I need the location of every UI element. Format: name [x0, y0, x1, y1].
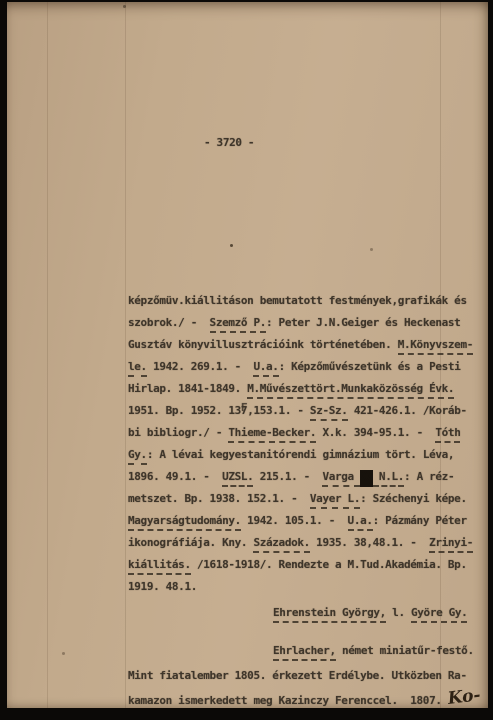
- overtyped-char: 7F: [241, 404, 247, 418]
- text-segment: Vayer L.: [310, 492, 360, 509]
- text-line: ikonográfiája. Kny. Századok. 1935. 38,4…: [128, 536, 473, 553]
- text-segment: 421-426.1. /Koráb-: [348, 404, 467, 418]
- text-segment: X.k. 394-95.1. -: [316, 426, 435, 440]
- text-line: Magyarságtudomány. 1942. 105.1. - U.a.: …: [128, 514, 467, 531]
- text-segment: Századok.: [253, 536, 309, 553]
- text-line: kiállitás. /1618-1918/. Rendezte a M.Tud…: [128, 558, 467, 575]
- cross-reference-entry: Ehrenstein György, l. Györe Gy.: [273, 606, 467, 623]
- text-segment: M.Könyvszem-: [398, 338, 473, 355]
- text-segment: /1618-1918/. Rendezte a M.Tud.Akadémia. …: [191, 558, 467, 572]
- text-line: Hirlap. 1841-1849. M.Művészettört.Munkak…: [128, 382, 454, 399]
- text-segment: Zrinyi-: [429, 536, 473, 553]
- text-segment: Sz-Sz.: [310, 404, 348, 421]
- text-line: Gy.: A lévai kegyestanitórendi gimnázium…: [128, 448, 454, 465]
- text-segment: l.: [386, 606, 411, 620]
- text-segment: Varga: [322, 470, 360, 487]
- text-segment: Magyarságtudomány.: [128, 514, 241, 531]
- text-segment: metszet. Bp. 1938. 152.1. -: [128, 492, 310, 506]
- entry-heading: Ehrlacher, német miniatűr-festő.: [273, 644, 474, 661]
- text-segment: 1896. 49.1. -: [128, 470, 222, 484]
- text-segment: 1919. 48.1.: [128, 580, 197, 594]
- text-segment: le.: [128, 360, 147, 377]
- text-segment: : Peter J.N.Geiger és Heckenast: [266, 316, 460, 330]
- text-segment: ,153.1. -: [247, 404, 310, 418]
- text-line: Mint fiatalember 1805. érkezett Erdélybe…: [128, 669, 467, 683]
- text-line: 1896. 49.1. - UZSL. 215.1. - Varga XX N.…: [128, 470, 454, 487]
- text-segment: M.Művészettört.Munkaközösség Évk.: [247, 382, 454, 399]
- text-segment: 1942. 269.1. -: [147, 360, 254, 374]
- text-segment: német miniatűr-festő.: [336, 644, 474, 658]
- text-segment: Tóth: [435, 426, 460, 443]
- text-line: bi bibliogr./ - Thieme-Becker. X.k. 394-…: [128, 426, 460, 443]
- text-segment: : Képzőművészetünk és a Pesti: [279, 360, 461, 374]
- text-segment: : A lévai kegyestanitórendi gimnázium tö…: [147, 448, 454, 462]
- text-line: képzőmüv.kiállitáson bemutatott festmény…: [128, 294, 467, 308]
- text-segment: Szemző P.: [210, 316, 266, 333]
- text-segment: Györe Gy.: [411, 606, 467, 623]
- text-segment: : Széchenyi képe.: [360, 492, 467, 506]
- text-segment: Thieme-Becker.: [228, 426, 316, 443]
- text-line: 1951. Bp. 1952. 137F,153.1. - Sz-Sz. 421…: [128, 404, 467, 421]
- text-layer: - 3720 -képzőmüv.kiállitáson bemutatott …: [0, 0, 493, 720]
- text-segment: U.a.: [348, 514, 373, 531]
- text-segment: bi bibliogr./ -: [128, 426, 228, 440]
- text-line: kamazon ismerkedett meg Kazinczy Ferencc…: [128, 692, 481, 708]
- text-segment: Ehrlacher,: [273, 644, 336, 661]
- text-segment: Hirlap. 1841-1849.: [128, 382, 247, 396]
- text-segment: 1951. Bp. 1952. 13: [128, 404, 241, 418]
- overtype-overlay: F: [241, 401, 247, 415]
- text-line: le. 1942. 269.1. - U.a.: Képzőművészetün…: [128, 360, 460, 377]
- text-segment: kiállitás.: [128, 558, 191, 575]
- text-segment: U.a.: [253, 360, 278, 377]
- text-segment: Gy.: [128, 448, 147, 465]
- text-segment: UZSL.: [222, 470, 253, 487]
- text-segment: 215.1. -: [253, 470, 322, 484]
- text-segment: szobrok./ -: [128, 316, 210, 330]
- text-segment: ikonográfiája. Kny.: [128, 536, 253, 550]
- text-segment: : Pázmány Péter: [373, 514, 467, 528]
- text-segment: Gusztáv könyvillusztrációink történetébe…: [128, 338, 398, 352]
- text-line: 1919. 48.1.: [128, 580, 197, 594]
- text-segment: Mint fiatalember 1805. érkezett Erdélybe…: [128, 669, 467, 683]
- text-segment: Ehrenstein György,: [273, 606, 386, 623]
- text-segment: képzőmüv.kiállitáson bemutatott festmény…: [128, 294, 467, 308]
- text-segment: : A réz-: [404, 470, 454, 484]
- handwritten-note: Ko-: [447, 688, 481, 706]
- text-line: metszet. Bp. 1938. 152.1. - Vayer L.: Sz…: [128, 492, 467, 509]
- text-line: szobrok./ - Szemző P.: Peter J.N.Geiger …: [128, 316, 460, 333]
- text-segment: 1935. 38,48.1. -: [310, 536, 429, 550]
- redacted-word: XX: [360, 470, 373, 487]
- text-line: Gusztáv könyvillusztrációink történetébe…: [128, 338, 473, 355]
- scanned-page: - 3720 -képzőmüv.kiállitáson bemutatott …: [0, 0, 493, 720]
- text-segment: N.L.: [373, 470, 404, 487]
- text-segment: kamazon ismerkedett meg Kazinczy Ferencc…: [128, 694, 448, 708]
- page-number: - 3720 -: [204, 136, 254, 150]
- text-segment: - 3720 -: [204, 136, 254, 150]
- text-segment: 1942. 105.1. -: [241, 514, 348, 528]
